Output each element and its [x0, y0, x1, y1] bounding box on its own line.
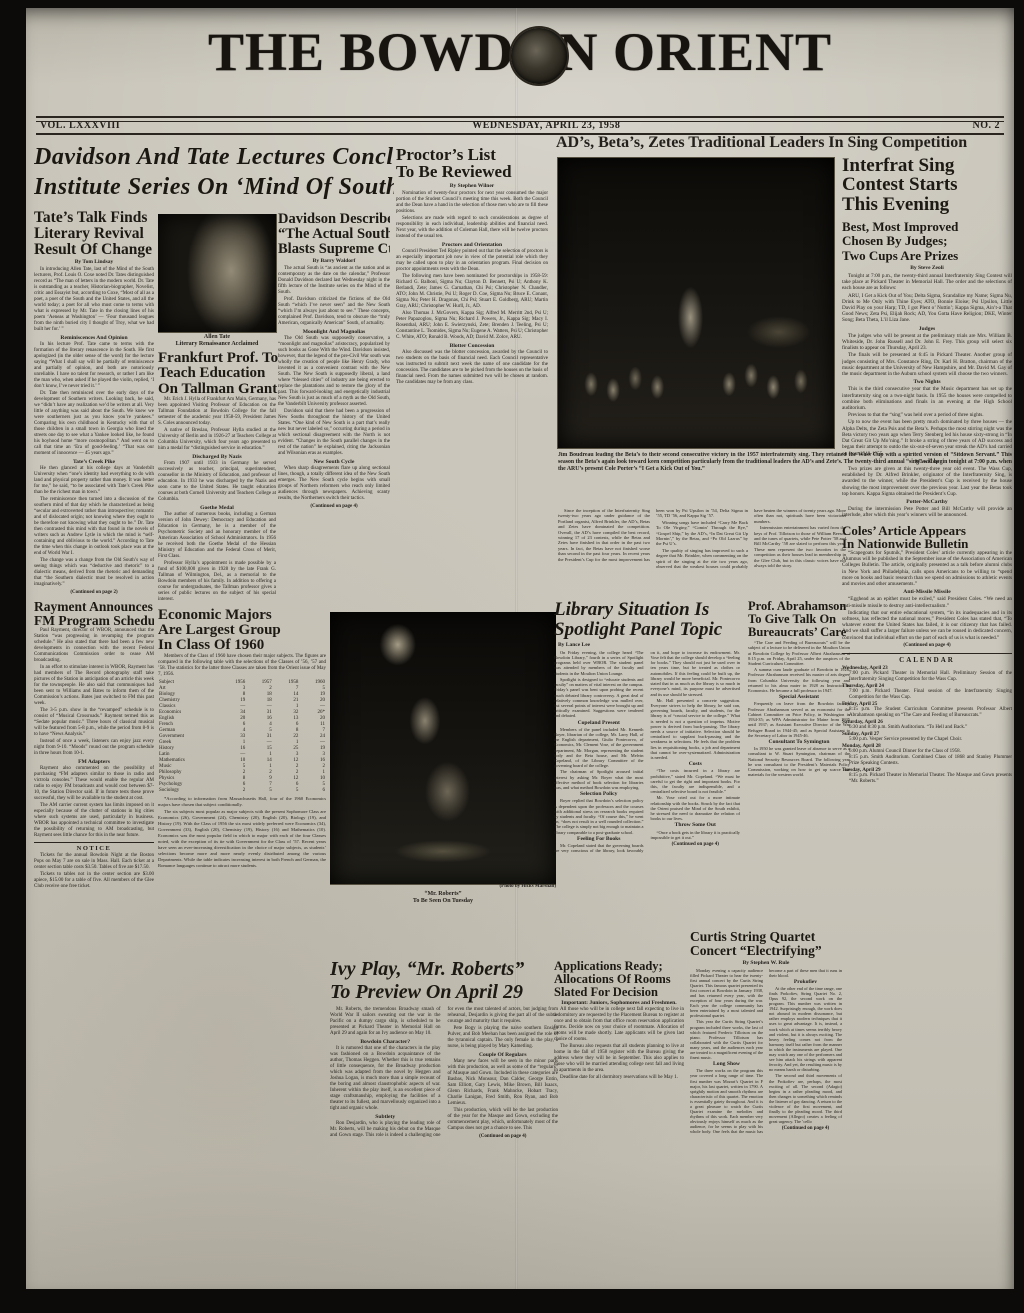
article-paragraph: Deadline date for all dormitory reservat…: [554, 1075, 684, 1081]
article-byline: By Tom Lindsay: [34, 259, 154, 265]
article-paragraph: In introducing Allen Tate, last of the M…: [34, 267, 154, 333]
article-paragraph: Tickets for the annual Bowdoin Night at …: [34, 853, 154, 871]
article-paragraph: Mr. Vose cried out for a more intimate r…: [651, 795, 741, 821]
article-subhead: Consultant To Symington: [748, 740, 850, 745]
article-paragraph: Spotlight is designed to “educate studen…: [554, 677, 644, 719]
article-headline: Tate’s Talk FindsLiterary RevivalResult …: [34, 210, 154, 257]
article-paragraph: “Scapegoats for Sputnik,” President Cole…: [842, 550, 1012, 587]
article-subhead: Feeling For Books: [554, 837, 644, 842]
article-paragraph: This production, which will be the last …: [448, 1108, 559, 1132]
article-byline-davidson: By Barry Waldorf: [278, 258, 390, 264]
photo-caption-sub: Literary Renaissance Acclaimed: [158, 341, 276, 348]
calendar-item: 7:00 p.m. Pickard Theater in Memorial Ha…: [842, 671, 1012, 683]
article-body-library: On Friday evening, the college heard “Th…: [554, 650, 740, 854]
headline-line: Contest Starts: [842, 175, 1012, 194]
article-paragraph: The judges who will be present at the pr…: [842, 333, 1012, 352]
article-paragraph: “Once a book gets in the library it is p…: [651, 830, 741, 840]
headline-line: Two Cups Are Prizes: [842, 249, 1012, 263]
article-paragraph: “Egghead as an epithet must be exiled,” …: [842, 596, 1012, 608]
bowdoin-seal-icon: [511, 28, 567, 84]
photo-caption: Allen Tate Literary Renaissance Acclaime…: [158, 334, 276, 348]
sing-history-block: Since the inception of the Interfraterni…: [558, 508, 846, 598]
headline-line: Economic Majors: [158, 608, 326, 623]
article-body-proctors: Nomination of twenty-four proctors for n…: [396, 191, 548, 386]
headline-line: Bureaucrats’ Care: [748, 626, 850, 639]
article-paragraph: The finals will be presented at 6:45 in …: [842, 352, 1012, 377]
continued-note: (Continued on page 4): [448, 1134, 559, 1140]
headline-line: To Preview On April 29: [330, 981, 558, 1004]
headline-line: Curtis String Quartet: [690, 930, 842, 944]
article-headline-applications: Applications Ready;Allocations Of RoomsS…: [554, 960, 684, 998]
article-paragraph: Boyer replied that Bowdoin’s selection p…: [554, 798, 644, 834]
article-body-abrahamson: “The Care and Feeding of Bureaucrats” wi…: [748, 640, 850, 777]
article-body-frankfurt: Mr. Erich J. Hylla of Frankfurt Am Main,…: [158, 397, 276, 603]
article-paragraph: Intermission entertainment has varied fr…: [754, 525, 846, 568]
article-subhead: Goethe Medal: [158, 505, 276, 511]
article-paragraph: During the intermission Pete Potter and …: [842, 506, 1012, 518]
article-subhead: Anti-Missile Missile: [842, 589, 1012, 595]
article-subhead: Potter-McCarthy: [842, 499, 1012, 505]
article-paragraph: The six subjects most popular as major s…: [158, 809, 326, 869]
table-row: Sociology2556: [158, 788, 326, 794]
article-headline-library: Library Situation IsSpotlight Panel Topi…: [554, 600, 760, 640]
notice-title: NOTICE: [34, 845, 154, 852]
article-subhead: Judges: [842, 326, 1012, 332]
article-paragraph: Mr. Roberts, the tremendous Broadway sma…: [330, 1007, 441, 1037]
article-paragraph: Up to now the event has been pretty much…: [842, 419, 1012, 456]
article-subhead: Long Show: [690, 1062, 763, 1067]
headline-line: Davidson Describes: [278, 212, 390, 227]
article-subhead: Subtlety: [330, 1114, 441, 1120]
article-curtis-block: Curtis String QuartetConcert “Electrifyi…: [690, 930, 842, 1270]
article-byline-library: By Lance Lee: [554, 642, 760, 648]
article-paragraph: Frequently on leave from the Bowdoin fac…: [748, 701, 850, 737]
issue-label: NO. 2: [972, 120, 1000, 131]
headline-line: Chosen By Judges;: [842, 234, 1012, 248]
article-abrahamson-block: Prof. AbrahamsonTo Give Talk OnBureaucra…: [748, 600, 850, 928]
article-subhead: Selection Policy: [554, 792, 644, 797]
article-headline-ivy: Ivy Play, “Mr. Roberts”To Preview On Apr…: [330, 958, 558, 1004]
photo-caption-name: Allen Tate: [158, 334, 276, 341]
article-paragraph: Tickets to tables not in the center sect…: [34, 872, 154, 890]
article-paragraph: This is the third consecutive year that …: [842, 386, 1012, 411]
article-subhead: Tate’s Creek Pike: [34, 459, 154, 465]
article-body-ivy: Mr. Roberts, the tremendous Broadway sma…: [330, 1007, 558, 1141]
article-applications-block: Applications Ready;Allocations Of RoomsS…: [554, 960, 684, 1270]
headline-line: Result Of Change: [34, 242, 154, 258]
article-tate-column: Tate’s Talk FindsLiterary RevivalResult …: [34, 210, 154, 1272]
article-subhead: Copeland Present: [554, 721, 644, 726]
continued-note: (Continued on page 4): [651, 842, 741, 847]
headline-line: Prof. Abrahamson: [748, 600, 850, 613]
headline-line: Library Situation Is: [554, 600, 760, 620]
article-paragraph: *According to information from Massachus…: [158, 796, 326, 808]
article-paragraph: “The Care and Feeding of Bureaucrats” wi…: [748, 640, 850, 666]
article-paragraph: The actual South is “as ancient as the n…: [278, 266, 390, 296]
article-subhead: FM Adapters: [34, 759, 154, 765]
article-body-davidson: The actual South is “as ancient as the n…: [278, 266, 390, 510]
article-paragraph: Dr. Tate then reminisced over the early …: [34, 391, 154, 457]
notice-body: Tickets for the annual Bowdoin Night at …: [34, 853, 154, 890]
article-subhead: Bowdoin Character?: [330, 1039, 441, 1045]
article-paragraph: Monday evening a capacity audience fille…: [690, 968, 763, 1019]
article-paragraph: Prof. Davidson criticized the fictions o…: [278, 297, 390, 327]
majors-table: Subject 1956 1957 1958 1960 Art3275Biolo…: [158, 680, 326, 794]
article-paragraph: The second and third movements of the Pr…: [769, 1073, 842, 1124]
article-subtitle-interfrat: Best, Most ImprovedChosen By Judges;Two …: [842, 220, 1012, 263]
article-paragraph: The chairman of Spotlight aroused initia…: [554, 769, 644, 790]
article-subhead: Discharged By Nazis: [158, 454, 276, 460]
article-paragraph: Many new faces will be seen in the minor…: [448, 1059, 559, 1107]
article-paragraph: The following men have been nominated fo…: [396, 274, 548, 310]
calendar-item: 7:00 p.m. Pickard Theater. Final session…: [842, 689, 1012, 701]
headline-line: Ivy Play, “Mr. Roberts”: [330, 958, 558, 981]
headline-line: Concert “Electrifying”: [690, 944, 842, 958]
masthead-title: THE BOWDN ORIENT: [208, 24, 832, 80]
article-headline-coles: Coles’ Article AppearsIn Nationwide Bull…: [842, 524, 1012, 551]
photo-caption-sub: To Be Seen On Tuesday: [330, 898, 556, 905]
article-subhead: Prokofiev: [769, 980, 842, 985]
notice-box: NOTICE Tickets for the annual Bowdoin Ni…: [34, 842, 154, 890]
article-byline-proctors: By Stephen Wilner: [396, 183, 548, 189]
article-headline-abrahamson: Prof. AbrahamsonTo Give Talk OnBureaucra…: [748, 600, 850, 638]
masthead: THE BOWDN ORIENT: [26, 24, 1014, 80]
article-paragraph: He then glanced at his college days at V…: [34, 466, 154, 496]
masthead-title-right: N ORIENT: [559, 25, 833, 79]
headline-line: Tate’s Talk Finds: [34, 210, 154, 226]
article-paragraph: Paul Rayment, director of WBOR, announce…: [34, 628, 154, 664]
article-paragraph: Mr. Hall presented a concrete suggestion…: [651, 698, 741, 760]
article-paragraph: Also discussed was the blotter concessio…: [396, 350, 548, 386]
calendar-item: 8:15 p.m. Smith Auditorium. Combined Cla…: [842, 755, 1012, 767]
article-paragraph: Members of the Class of 1960 have chosen…: [158, 654, 326, 678]
headline-line: Spotlight Panel Topic: [554, 620, 760, 640]
article-headline-curtis: Curtis String QuartetConcert “Electrifyi…: [690, 930, 842, 958]
table-cell-value: 6: [299, 788, 326, 794]
article-paragraph: Pete Bogy is playing the naive southern …: [448, 1026, 559, 1050]
article-body-economic-intro: Members of the Class of 1960 have chosen…: [158, 654, 326, 678]
article-paragraph: Professor Hylla’s appointment is made po…: [158, 561, 276, 603]
table-cell-subject: Sociology: [158, 788, 220, 794]
article-body-curtis: Monday evening a capacity audience fille…: [690, 968, 842, 1135]
headline-line: Best, Most Improved: [842, 220, 1012, 234]
article-paragraph: Selections are made with regard to such …: [396, 216, 548, 240]
article-subhead: Special Assistant: [748, 695, 850, 700]
photo-credit: (Photo by Hicks Marshall): [330, 884, 556, 889]
calendar-title: CALENDAR: [842, 656, 1012, 664]
sing-history-body: Since the inception of the Interfraterni…: [558, 508, 846, 569]
article-paragraph: In his lecture Prof. Tate came to terms …: [34, 342, 154, 390]
allen-tate-photo: [158, 214, 276, 332]
continued-note: (Continued on page 4): [842, 643, 1012, 649]
table-cell-value: 2: [220, 788, 247, 794]
headline-line: Proctor’s List: [396, 146, 548, 163]
volume-label: VOL. LXXXVIII: [40, 120, 120, 131]
continued-note: (Continued on page 4): [278, 504, 390, 510]
article-paragraph: The reminiscence then turned into a disc…: [34, 497, 154, 557]
article-paragraph: Winning songs have included “Carry Me Ba…: [656, 520, 748, 547]
article-paragraph: The 3-5 p.m. show in the “revamped” sche…: [34, 708, 154, 738]
article-paragraph: The author of numerous books, including …: [158, 512, 276, 560]
article-paragraph: The change was a change from the Old Sou…: [34, 558, 154, 588]
article-subhead: Moonlight And Magnolias: [278, 329, 390, 335]
masthead-title-left: THE BOWD: [208, 25, 515, 79]
article-subhead: Throw Some Out: [651, 823, 741, 828]
article-body-economic-after: *According to information from Massachus…: [158, 796, 326, 869]
continued-note: (Continued on page 4): [769, 1126, 842, 1131]
article-headline-economic: Economic MajorsAre Largest GroupIn Class…: [158, 608, 326, 654]
headline-line: In Class Of 1960: [158, 638, 326, 653]
headline-line: To Give Talk On: [748, 613, 850, 626]
article-paragraph: The AM carrier current system has limits…: [34, 803, 154, 839]
article-headline-proctors: Proctor’s ListTo Be Reviewed: [396, 146, 548, 181]
date-label: WEDNESDAY, APRIL 23, 1958: [472, 120, 620, 131]
headline-line: Institute Series On ‘Mind Of South’: [34, 172, 394, 202]
article-proctors-column: Proctor’s ListTo Be Reviewed By Stephen …: [396, 146, 548, 610]
table-cell-value: 5: [273, 788, 300, 794]
article-paragraph: Previous to that the “sing” was held ove…: [842, 412, 1012, 418]
headline-line: To Be Reviewed: [396, 163, 548, 180]
article-body-interfrat: Tonight at 7:00 p.m., the twenty-third a…: [842, 273, 1012, 519]
article-library-block: Library Situation IsSpotlight Panel Topi…: [554, 600, 760, 956]
article-paragraph: The Old South was supposedly conservativ…: [278, 336, 390, 408]
article-paragraph: Members of the panel included Mr. Kennet…: [554, 727, 644, 769]
headline-line: Davidson And Tate Lectures Conclude: [34, 142, 394, 172]
article-paragraph: From 1907 until 1933 in Germany he serve…: [158, 461, 276, 503]
article-ivy-block: Ivy Play, “Mr. Roberts”To Preview On Apr…: [330, 958, 558, 1270]
article-subhead: Two Nights: [842, 379, 1012, 385]
article-paragraph: The Bureau also requests that all studen…: [554, 1044, 684, 1074]
article-subhead: Couple Of Regulars: [448, 1052, 559, 1058]
article-paragraph: Indicating that our entire educational s…: [842, 610, 1012, 641]
calendar-box: CALENDAR Wednesday, April 237:00 p.m. Pi…: [842, 653, 1012, 785]
article-body-coles: “Scapegoats for Sputnik,” President Cole…: [842, 550, 1012, 649]
article-body: In introducing Allen Tate, last of the M…: [34, 267, 154, 596]
article-paragraph: At the other end of the time range, one …: [769, 986, 842, 1073]
article-paragraph: Council President Ted Ripley pointed out…: [396, 249, 548, 273]
article-subhead: Reminiscences And Opinion: [34, 335, 154, 341]
article-byline-interfrat: By Steve Zeoli: [842, 265, 1012, 271]
scanned-newspaper-page: { "masthead": { "title_left": "THE BOWD"…: [0, 0, 1024, 1313]
photo-caption-roberts: “Mr. Roberts” To Be Seen On Tuesday: [330, 891, 556, 905]
headline-line: Allocations Of Rooms: [554, 973, 684, 986]
article-davidson-column: Davidson Describes“The Actual South,”Bla…: [278, 212, 390, 610]
headline-line: FM Program Schedules: [34, 614, 154, 628]
roberts-photo-block: (Photo by Hicks Marshall) “Mr. Roberts” …: [330, 612, 556, 905]
article-paragraph: Nomination of twenty-four proctors for n…: [396, 191, 548, 215]
headline-line: Literary Revival: [34, 226, 154, 242]
article-subhead: Blotter Concession: [396, 343, 548, 349]
headline-line: Coles’ Article Appears: [842, 524, 1012, 537]
article-headline-interfrat: Interfrat SingContest StartsThis Evening: [842, 156, 1012, 214]
article-paragraph: Two prizes are given at this twenty-thre…: [842, 466, 1012, 497]
article-paragraph: Also Thomas J. McGovern, Kappa Sig; Alfr…: [396, 311, 548, 341]
article-paragraph: ARU, I Get a Kick Out of You; Delta Sigm…: [842, 293, 1012, 324]
headline-line: “The Actual South,”: [278, 227, 390, 242]
article-paragraph: A summa cum laude graduate of Bowdoin in…: [748, 667, 850, 693]
headline-line: In Nationwide Bulletin: [842, 537, 1012, 550]
headline-line: This Evening: [842, 195, 1012, 214]
article-body-applications: Important: Juniors, Sophomores and Fresh…: [554, 1000, 684, 1081]
headline-line: Are Largest Group: [158, 623, 326, 638]
dateline: VOL. LXXXVIII WEDNESDAY, APRIL 23, 1958 …: [36, 116, 1004, 135]
article-paragraph: This year the Curtis String Quartet’s pr…: [690, 1019, 763, 1060]
article-paragraph: “The costs incurred in a library are pro…: [651, 768, 741, 794]
article-paragraph: All those who will be in college next fa…: [554, 1007, 684, 1043]
article-subhead: New South Cycle: [278, 459, 390, 465]
article-headline-rayment: Rayment AnnouncesFM Program Schedules: [34, 600, 154, 628]
article-byline-curtis: By Stephen W. Rule: [690, 960, 842, 966]
article-subhead: Costs: [651, 762, 741, 767]
right-column: Interfrat SingContest StartsThis Evening…: [842, 156, 1012, 1270]
article-paragraph: Tonight at 7:00 p.m., the twenty-third a…: [842, 273, 1012, 292]
article-subhead: Proctors and Orientation: [396, 242, 548, 248]
article-paragraph: In an effort to stimulate interest in WB…: [34, 665, 154, 707]
lead-headline: Davidson And Tate Lectures ConcludeInsti…: [34, 142, 394, 202]
article-paragraph: When sharp disagreements flare up along …: [278, 466, 390, 502]
article-paragraph: Rayment also commented on the possibilit…: [34, 766, 154, 802]
calendar-entries: Wednesday, April 237:00 p.m. Pickard The…: [842, 665, 1012, 785]
calendar-item: 8:15 p.m. Pickard Theater in Memorial Th…: [842, 773, 1012, 785]
article-subhead: Wass Cup: [842, 459, 1012, 465]
headline-line: Rayment Announces: [34, 600, 154, 614]
article-body-rayment: Paul Rayment, director of WBOR, announce…: [34, 628, 154, 839]
article-paragraph: Davidson said that there had been a prog…: [278, 409, 390, 457]
article-paragraph: On Friday evening, the college heard “Th…: [554, 650, 644, 676]
article-paragraph: A native of Breslau, Professor Hylla stu…: [158, 428, 276, 452]
headline-line: Slated For Decision: [554, 986, 684, 999]
article-paragraph: It is rumored that one of the characters…: [330, 1046, 441, 1112]
article-paragraph: Instead of once a week, listeners can en…: [34, 739, 154, 757]
table-cell-value: 5: [246, 788, 273, 794]
article-headline-davidson: Davidson Describes“The Actual South,”Bla…: [278, 212, 390, 256]
sing-banner-headline: AD’s, Beta’s, Zetes Traditional Leaders …: [556, 134, 1014, 152]
article-paragraph: In 1950 he was granted leave of absence …: [748, 746, 850, 777]
mr-roberts-rehearsal-photo: [330, 612, 556, 884]
calendar-item: 8:15 p.m. The Student Curriculum Committ…: [842, 707, 1012, 719]
continued-note: (Continued on page 2): [34, 590, 154, 596]
article-paragraph: Mr. Erich J. Hylla of Frankfurt Am Main,…: [158, 397, 276, 427]
headline-line: Interfrat Sing: [842, 156, 1012, 175]
headline-line: Applications Ready;: [554, 960, 684, 973]
photo-caption-title: “Mr. Roberts”: [330, 891, 556, 898]
article-subhead: Important: Juniors, Sophomores and Fresh…: [554, 1000, 684, 1006]
interfraternity-sing-photo: [558, 158, 834, 448]
newspaper-page: THE BOWDN ORIENT VOL. LXXXVIII WEDNESDAY…: [26, 8, 1014, 1289]
headline-line: Blasts Supreme Ct.: [278, 242, 390, 257]
